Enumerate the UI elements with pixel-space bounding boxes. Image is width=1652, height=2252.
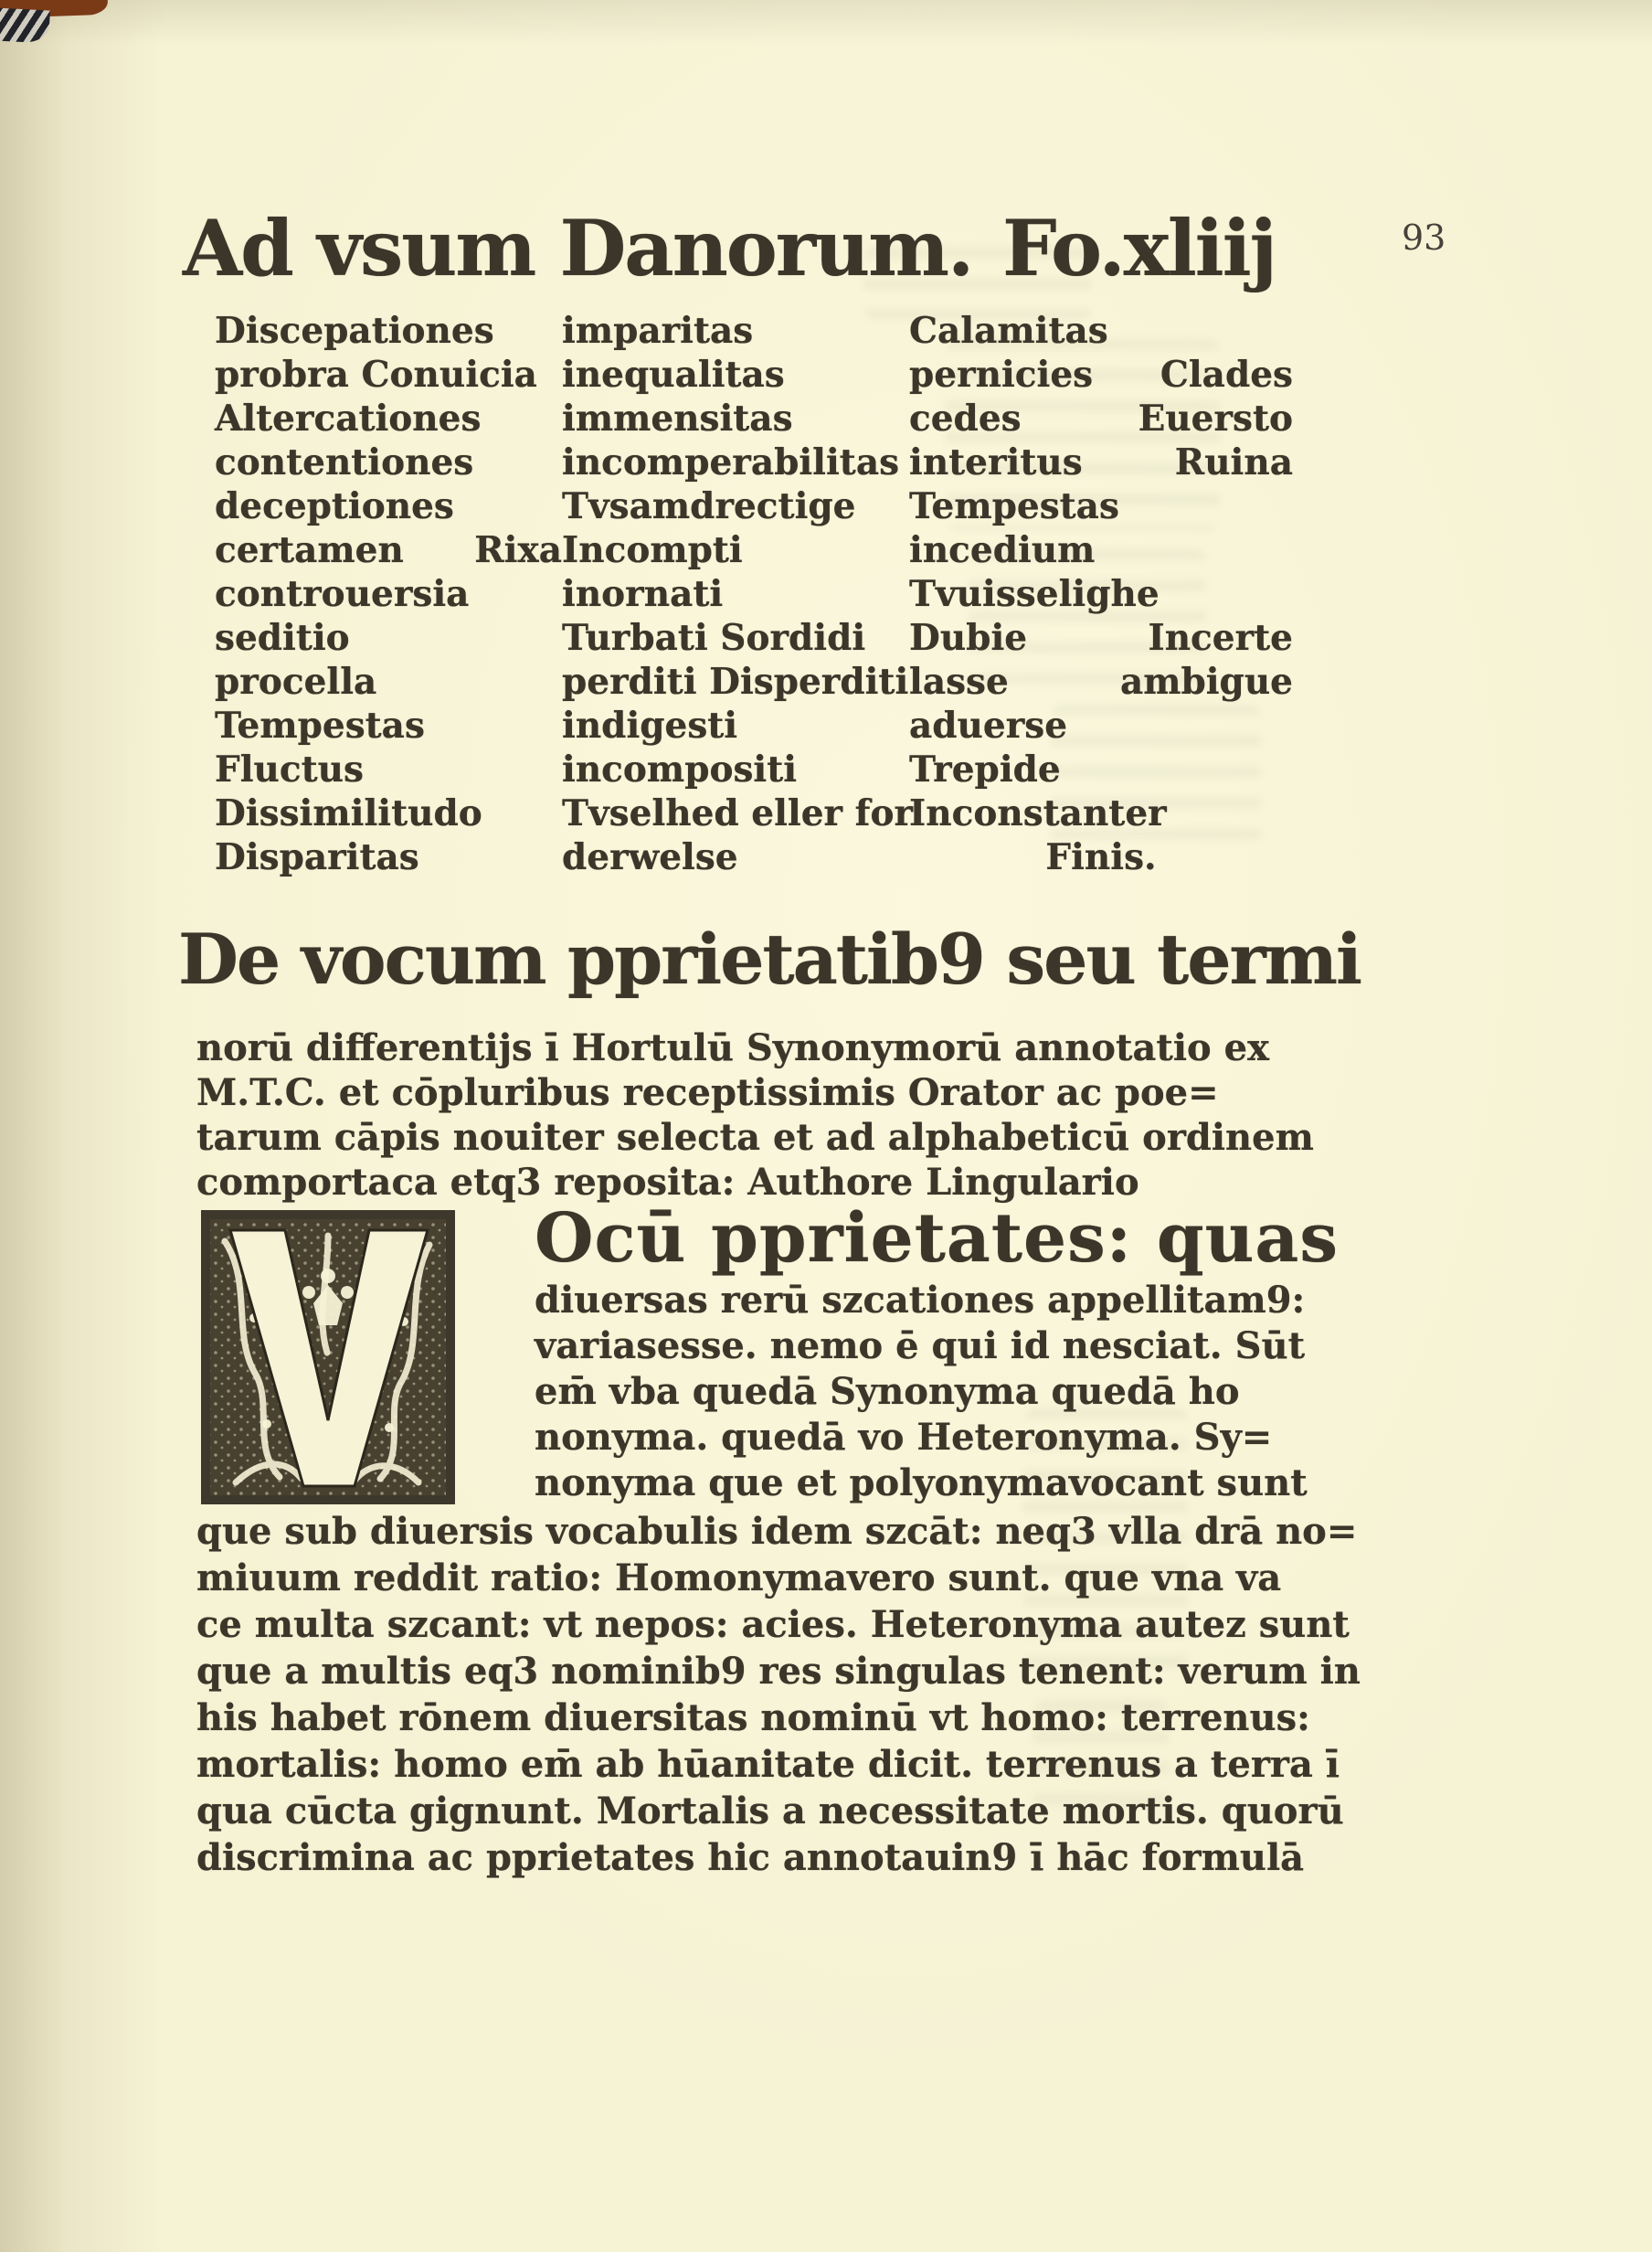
word: procella xyxy=(215,660,376,704)
word-cell-col3: aduerse xyxy=(909,704,1293,748)
word: Euersto xyxy=(1138,397,1293,441)
word-cell-col3: Calamitas xyxy=(909,309,1293,353)
word: ambigue xyxy=(1120,660,1293,704)
word: derwelse xyxy=(562,836,738,878)
section-heading: De vocum pprietatib9 seu termi xyxy=(178,914,1361,1005)
word-cell-col1: certamen Rixa xyxy=(215,528,562,572)
word: pernicies xyxy=(909,353,1093,397)
word: indigesti xyxy=(562,705,737,747)
chapter-indented-lines: diuersas rerū szcationes appellitam9: va… xyxy=(535,1278,1320,1506)
text-line: que a multis eq3 nominib9 res singulas t… xyxy=(196,1648,1329,1694)
text-line: nonyma que et polyonymavocant sunt xyxy=(535,1461,1320,1506)
word: lasse xyxy=(909,660,1009,704)
word-cell-col3: Inconstanter xyxy=(909,791,1293,835)
word: Tempestas xyxy=(909,484,1119,528)
word-cell-col1: deceptiones xyxy=(215,484,562,528)
word: Inconstanter xyxy=(909,791,1167,835)
word-row: probra Conuicia inequalitas pernicies Cl… xyxy=(215,353,1293,397)
word-row: Tempestas indigesti aduerse xyxy=(215,704,1293,748)
word-cell-col3: Trepide xyxy=(909,748,1293,791)
word: Clades xyxy=(1160,353,1293,397)
word: Fluctus xyxy=(215,748,364,791)
word-cell-col2: imparitas xyxy=(562,309,909,353)
word-cell-col1: probra Conuicia xyxy=(215,353,562,397)
word-cell-col2: Turbati Sordidi xyxy=(562,616,909,660)
initial-v-woodcut xyxy=(199,1208,457,1506)
word-cell-col1: contentiones xyxy=(215,441,562,484)
word: contentiones xyxy=(215,441,473,484)
text-line: qua cūcta gignunt. Mortalis a necessitat… xyxy=(196,1788,1329,1834)
word-row: certamen Rixa Incompti incedium xyxy=(215,528,1293,572)
word-cell-col1: procella xyxy=(215,660,562,704)
word-cell-col2: Incompti xyxy=(562,528,909,572)
text-line: comportaca etq3 reposita: Authore Lingul… xyxy=(196,1160,1320,1205)
word: Rixa xyxy=(474,528,562,572)
word: aduerse xyxy=(909,704,1067,748)
word-row: Disparitas derwelse Finis. xyxy=(215,835,1293,879)
word: deceptiones xyxy=(215,484,454,528)
word: Incerte xyxy=(1148,616,1293,660)
header-folio: Fo.xliij xyxy=(1002,203,1276,294)
word-cell-col3: Dubie Incerte xyxy=(909,616,1293,660)
word-cell-col2: Tvselhed eller for xyxy=(562,791,909,835)
word-cell-col2: inornati xyxy=(562,572,909,616)
text-line: discrimina ac pprietates hic annotauin9 … xyxy=(196,1834,1329,1881)
binding-thread xyxy=(0,7,50,43)
word-cell-col2: Tvsamdrectige xyxy=(562,484,909,528)
word: inequalitas xyxy=(562,354,785,396)
text-line: nonyma. quedā vo Heteronyma. Sy= xyxy=(535,1415,1320,1461)
word-cell-col1: Altercationes xyxy=(215,397,562,441)
word-cell-col2: incomperabilitas xyxy=(562,441,909,484)
running-header: Ad vsum Danorum. Fo.xliij xyxy=(183,203,1276,294)
header-title: Ad vsum Danorum. xyxy=(183,203,972,294)
word: incedium xyxy=(909,528,1095,572)
chapter-opening-line: Ocū pprietates: quas xyxy=(535,1199,1339,1278)
word: Dissimilitudo xyxy=(215,791,482,835)
word: Tvuisselighe xyxy=(909,572,1160,616)
word-row: Altercationes immensitas cedes Euersto xyxy=(215,397,1293,441)
word: inornati xyxy=(562,573,723,615)
word: incomperabilitas xyxy=(562,441,899,483)
page-number: 93 xyxy=(1402,218,1445,258)
word: probra Conuicia xyxy=(215,353,537,397)
word-cell-col1: seditio xyxy=(215,616,562,660)
text-line: his habet rōnem diuersitas nominū vt hom… xyxy=(196,1694,1329,1741)
word: Calamitas xyxy=(909,309,1108,353)
text-line: em̄ vba quedā Synonyma quedā ho xyxy=(535,1369,1320,1415)
word-row: Dissimilitudo Tvselhed eller for Inconst… xyxy=(215,791,1293,835)
synonym-word-table: Discepationes imparitas Calamitas probra… xyxy=(215,309,1293,879)
word: imparitas xyxy=(562,310,753,352)
word: Trepide xyxy=(909,748,1061,791)
word: seditio xyxy=(215,616,350,660)
text-line: diuersas rerū szcationes appellitam9: xyxy=(535,1278,1320,1323)
word-cell-col3: Tvuisselighe xyxy=(909,572,1293,616)
word-cell-col2: incompositi xyxy=(562,748,909,791)
word-cell-col3: cedes Euersto xyxy=(909,397,1293,441)
word: Incompti xyxy=(562,529,743,571)
word-cell-col3: pernicies Clades xyxy=(909,353,1293,397)
chapter-body-paragraph: que sub diuersis vocabulis idem szcāt: n… xyxy=(196,1508,1329,1881)
word-cell-col3: lasse ambigue xyxy=(909,660,1293,704)
word-row: Discepationes imparitas Calamitas xyxy=(215,309,1293,353)
word-row: Fluctus incompositi Trepide xyxy=(215,748,1293,791)
word: Dubie xyxy=(909,616,1027,660)
word-cell-col1: Tempestas xyxy=(215,704,562,748)
word-cell-col1: Discepationes xyxy=(215,309,562,353)
word: interitus xyxy=(909,441,1083,484)
word: Finis. xyxy=(1045,835,1156,879)
word-cell-col2: perditi Disperditi xyxy=(562,660,909,704)
word-row: controuersia inornati Tvuisselighe xyxy=(215,572,1293,616)
text-line: ce multa szcant: vt nepos: acies. Hetero… xyxy=(196,1601,1329,1648)
word: Tvsamdrectige xyxy=(562,485,855,527)
word-cell-col1: Dissimilitudo xyxy=(215,791,562,835)
word: certamen xyxy=(215,528,404,572)
text-line: mortalis: homo em̄ ab hūanitate dicit. t… xyxy=(196,1741,1329,1788)
word: perditi Disperditi xyxy=(562,661,908,703)
word: Turbati Sordidi xyxy=(562,617,865,659)
word: Tvselhed eller for xyxy=(562,792,913,834)
section-intro-paragraph: norū differentijs ī Hortulū Synonymorū a… xyxy=(196,1025,1320,1205)
word-cell-col3: interitus Ruina xyxy=(909,441,1293,484)
text-line: miuum reddit ratio: Homonymavero sunt. q… xyxy=(196,1555,1329,1601)
word: Ruina xyxy=(1175,441,1293,484)
word-cell-col1: Fluctus xyxy=(215,748,562,791)
book-page-scan: Ad vsum Danorum. Fo.xliij 93 Discepation… xyxy=(0,0,1652,2252)
text-line: norū differentijs ī Hortulū Synonymorū a… xyxy=(196,1025,1320,1070)
word-cell-col1: controuersia xyxy=(215,572,562,616)
word: immensitas xyxy=(562,398,793,440)
word-row: seditio Turbati Sordidi Dubie Incerte xyxy=(215,616,1293,660)
word-cell-col2: derwelse xyxy=(562,835,909,879)
word: cedes xyxy=(909,397,1022,441)
word-row: procella perditi Disperditi lasse ambigu… xyxy=(215,660,1293,704)
word-row: contentiones incomperabilitas interitus … xyxy=(215,441,1293,484)
word: Altercationes xyxy=(215,397,481,441)
word-cell-col3: incedium xyxy=(909,528,1293,572)
word-cell-col1: Disparitas xyxy=(215,835,562,879)
text-line: tarum cāpis nouiter selecta et ad alphab… xyxy=(196,1115,1320,1160)
word-cell-col2: indigesti xyxy=(562,704,909,748)
word-cell-col2: immensitas xyxy=(562,397,909,441)
text-line: que sub diuersis vocabulis idem szcāt: n… xyxy=(196,1508,1329,1555)
word: incompositi xyxy=(562,749,797,791)
word: Tempestas xyxy=(215,704,425,748)
word-cell-col3: Finis. xyxy=(909,835,1293,879)
word-cell-col3: Tempestas xyxy=(909,484,1293,528)
word-cell-col2: inequalitas xyxy=(562,353,909,397)
text-line: variasesse. nemo ē qui id nesciat. Sūt xyxy=(535,1323,1320,1369)
word: controuersia xyxy=(215,572,469,616)
word: Discepationes xyxy=(215,309,494,353)
text-line: M.T.C. et cōpluribus receptissimis Orato… xyxy=(196,1070,1320,1115)
word: Disparitas xyxy=(215,835,419,879)
word-row: deceptiones Tvsamdrectige Tempestas xyxy=(215,484,1293,528)
